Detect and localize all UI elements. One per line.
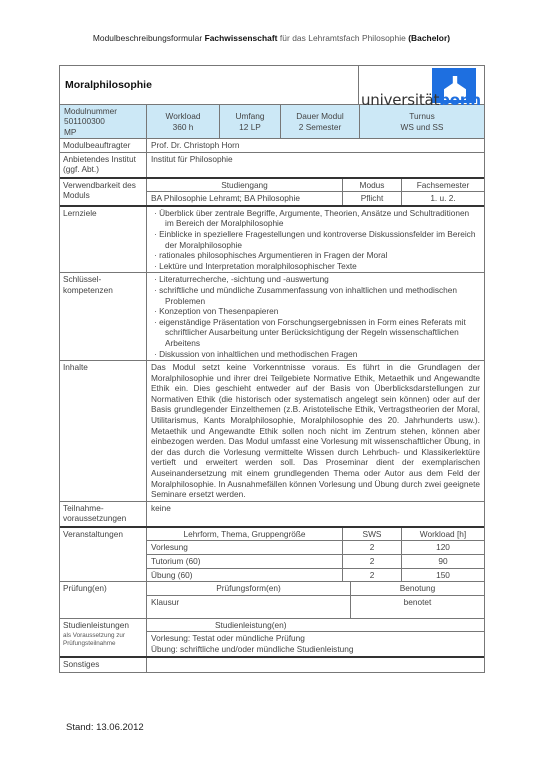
studienleistungen-label-cell: Studienleistungen als Voraussetzung zur … bbox=[60, 619, 146, 656]
header-pruefungsform: Prüfungsform(en) bbox=[147, 582, 350, 595]
list-item: eigenständige Präsentation von Forschung… bbox=[151, 317, 480, 349]
header-fachsemester: Fachsemester bbox=[401, 179, 484, 192]
lehrform-value: Übung (60) bbox=[147, 569, 342, 582]
university-logo: universitätbonn bbox=[358, 66, 484, 104]
table-row: Klausur benotet bbox=[147, 595, 484, 618]
lernziele-list: Überblick über zentrale Begriffe, Argume… bbox=[146, 207, 484, 273]
workload-label: Workload bbox=[147, 111, 219, 122]
sonstiges-row: Sonstiges bbox=[60, 656, 484, 672]
turnus-value: WS und SS bbox=[360, 122, 484, 133]
logo-text-universitaet: universität bbox=[361, 91, 439, 109]
teilnahme-row: Teilnahme-voraussetzungen keine bbox=[60, 501, 484, 526]
sws-value: 2 bbox=[342, 569, 401, 582]
veranstaltungen-header-row: Lehrform, Thema, Gruppengröße SWS Worklo… bbox=[147, 528, 484, 541]
inhalte-row: Inhalte Das Modul setzt keine Vorkenntni… bbox=[60, 360, 484, 501]
verwendbarkeit-row: Verwendbarkeit des Moduls Studiengang Mo… bbox=[60, 177, 484, 205]
header-studiengang: Studiengang bbox=[147, 179, 342, 192]
umfang-label: Umfang bbox=[220, 111, 280, 122]
header-fachwissenschaft: Fachwissenschaft bbox=[205, 33, 278, 43]
document-header: Modulbeschreibungsformular Fachwissensch… bbox=[0, 33, 543, 43]
turnus-cell: Turnus WS und SS bbox=[359, 105, 484, 138]
veranstaltungen-row: Veranstaltungen Lehrform, Thema, Gruppen… bbox=[60, 526, 484, 581]
verwendbarkeit-label: Verwendbarkeit des Moduls bbox=[60, 179, 146, 205]
header-degree: (Bachelor) bbox=[408, 33, 450, 43]
studienleistungen-row: Studienleistungen als Voraussetzung zur … bbox=[60, 618, 484, 656]
beauftragter-row: Modulbeauftragter Prof. Dr. Christoph Ho… bbox=[60, 138, 484, 152]
turnus-label: Turnus bbox=[360, 111, 484, 122]
header-benotung: Benotung bbox=[350, 582, 484, 595]
institut-label: Anbietendes Institut (ggf. Abt.) bbox=[60, 153, 146, 177]
workload-value: 120 bbox=[401, 541, 484, 554]
pruefungen-header-row: Prüfungsform(en) Benotung bbox=[147, 582, 484, 595]
umfang-value: 12 LP bbox=[220, 122, 280, 133]
inhalte-label: Inhalte bbox=[60, 361, 146, 501]
logo-text-bonn: bonn bbox=[439, 91, 481, 109]
beauftragter-label: Modulbeauftragter bbox=[60, 139, 146, 152]
verwendbarkeit-header-row: Studiengang Modus Fachsemester bbox=[147, 179, 484, 192]
studienleistungen-content: Vorlesung: Testat oder mündliche Prüfung… bbox=[147, 632, 484, 655]
sws-value: 2 bbox=[342, 541, 401, 554]
workload-value: 360 h bbox=[147, 122, 219, 133]
verwendbarkeit-data-row: BA Philosophie Lehramt; BA Philosophie P… bbox=[147, 191, 484, 205]
header-form-name: Modulbeschreibungsformular bbox=[93, 33, 202, 43]
sonstiges-value bbox=[146, 658, 484, 672]
modulnummer-cell: Modulnummer 501100300 MP bbox=[60, 105, 146, 138]
verwendbarkeit-table: Studiengang Modus Fachsemester BA Philos… bbox=[146, 179, 484, 205]
module-table: Moralphilosophie universitätbonn Modulnu… bbox=[59, 65, 485, 673]
veranstaltungen-table: Lehrform, Thema, Gruppengröße SWS Worklo… bbox=[146, 528, 484, 581]
lernziele-label: Lernziele bbox=[60, 207, 146, 273]
sonstiges-label: Sonstiges bbox=[60, 658, 146, 672]
sws-value: 2 bbox=[342, 555, 401, 568]
list-item: Literaturrecherche, -sichtung und -auswe… bbox=[151, 274, 480, 285]
list-item: schriftliche und mündliche Zusammenfassu… bbox=[151, 285, 480, 306]
table-row: Übung (60) 2 150 bbox=[147, 568, 484, 582]
institut-value: Institut für Philosophie bbox=[146, 153, 484, 177]
header-workload: Workload [h] bbox=[401, 528, 484, 541]
header-lehrform: Lehrform, Thema, Gruppengröße bbox=[147, 528, 342, 541]
list-item: Diskussion von inhaltlichen und methodis… bbox=[151, 349, 480, 360]
teilnahme-label: Teilnahme-voraussetzungen bbox=[60, 502, 146, 526]
fachsemester-value: 1. u. 2. bbox=[401, 192, 484, 205]
workload-cell: Workload 360 h bbox=[146, 105, 219, 138]
header-modus: Modus bbox=[342, 179, 401, 192]
table-row: Vorlesung 2 120 bbox=[147, 540, 484, 554]
header-subject: für das Lehramtsfach Philosophie bbox=[280, 33, 406, 43]
workload-value: 90 bbox=[401, 555, 484, 568]
studienleistungen-table: Studienleistung(en) Vorlesung: Testat od… bbox=[146, 619, 484, 656]
institut-row: Anbietendes Institut (ggf. Abt.) Institu… bbox=[60, 152, 484, 177]
workload-value: 150 bbox=[401, 569, 484, 582]
pruefungen-label: Prüfung(en) bbox=[60, 582, 146, 618]
logo-wordmark: universitätbonn bbox=[361, 95, 481, 106]
list-item: Einblicke in speziellere Fragestellungen… bbox=[151, 229, 480, 250]
umfang-cell: Umfang 12 LP bbox=[219, 105, 280, 138]
studienleistungen-sublabel: als Voraussetzung zur Prüfungsteilnahme bbox=[63, 632, 143, 648]
modulnummer-value: 501100300 bbox=[64, 116, 105, 127]
list-item: rationales philosophisches Argumentieren… bbox=[151, 250, 480, 261]
inhalte-text: Das Modul setzt keine Vorkenntnisse vora… bbox=[146, 361, 484, 501]
schluessel-label: Schlüssel-kompetenzen bbox=[60, 273, 146, 360]
modus-value: Pflicht bbox=[342, 192, 401, 205]
studienleistung-line: Vorlesung: Testat oder mündliche Prüfung bbox=[151, 633, 480, 644]
studiengang-value: BA Philosophie Lehramt; BA Philosophie bbox=[147, 192, 342, 205]
stand-date: Stand: 13.06.2012 bbox=[66, 722, 144, 733]
module-title: Moralphilosophie bbox=[60, 66, 358, 104]
pruefungen-row: Prüfung(en) Prüfungsform(en) Benotung Kl… bbox=[60, 581, 484, 618]
studienleistungen-label: Studienleistungen bbox=[63, 620, 129, 630]
dauer-label: Dauer Modul bbox=[281, 111, 359, 122]
teilnahme-value: keine bbox=[146, 502, 484, 526]
table-row: Tutorium (60) 2 90 bbox=[147, 554, 484, 568]
modulnummer-label: Modulnummer bbox=[64, 106, 117, 117]
header-studienleistung: Studienleistung(en) bbox=[147, 619, 484, 632]
dauer-value: 2 Semester bbox=[281, 122, 359, 133]
list-item: Konzeption von Thesenpapieren bbox=[151, 306, 480, 317]
benotung-value: benotet bbox=[350, 596, 484, 618]
list-item: Überblick über zentrale Begriffe, Argume… bbox=[151, 208, 480, 229]
modulnummer-suffix: MP bbox=[64, 127, 76, 138]
list-item: Lektüre und Interpretation moralphilosop… bbox=[151, 261, 480, 272]
studienleistungen-content-row: Vorlesung: Testat oder mündliche Prüfung… bbox=[147, 631, 484, 655]
veranstaltungen-label: Veranstaltungen bbox=[60, 528, 146, 581]
lehrform-value: Tutorium (60) bbox=[147, 555, 342, 568]
title-row: Moralphilosophie universitätbonn bbox=[60, 66, 484, 104]
studienleistungen-header-row: Studienleistung(en) bbox=[147, 619, 484, 632]
header-sws: SWS bbox=[342, 528, 401, 541]
lehrform-value: Vorlesung bbox=[147, 541, 342, 554]
dauer-cell: Dauer Modul 2 Semester bbox=[280, 105, 359, 138]
pruefungsform-value: Klausur bbox=[147, 596, 350, 618]
pruefungen-table: Prüfungsform(en) Benotung Klausur benote… bbox=[146, 582, 484, 618]
lernziele-row: Lernziele Überblick über zentrale Begrif… bbox=[60, 205, 484, 273]
schluessel-row: Schlüssel-kompetenzen Literaturrecherche… bbox=[60, 272, 484, 360]
schluessel-list: Literaturrecherche, -sichtung und -auswe… bbox=[146, 273, 484, 360]
beauftragter-value: Prof. Dr. Christoph Horn bbox=[146, 139, 484, 152]
studienleistung-line: Übung: schriftliche und/oder mündliche S… bbox=[151, 644, 381, 655]
